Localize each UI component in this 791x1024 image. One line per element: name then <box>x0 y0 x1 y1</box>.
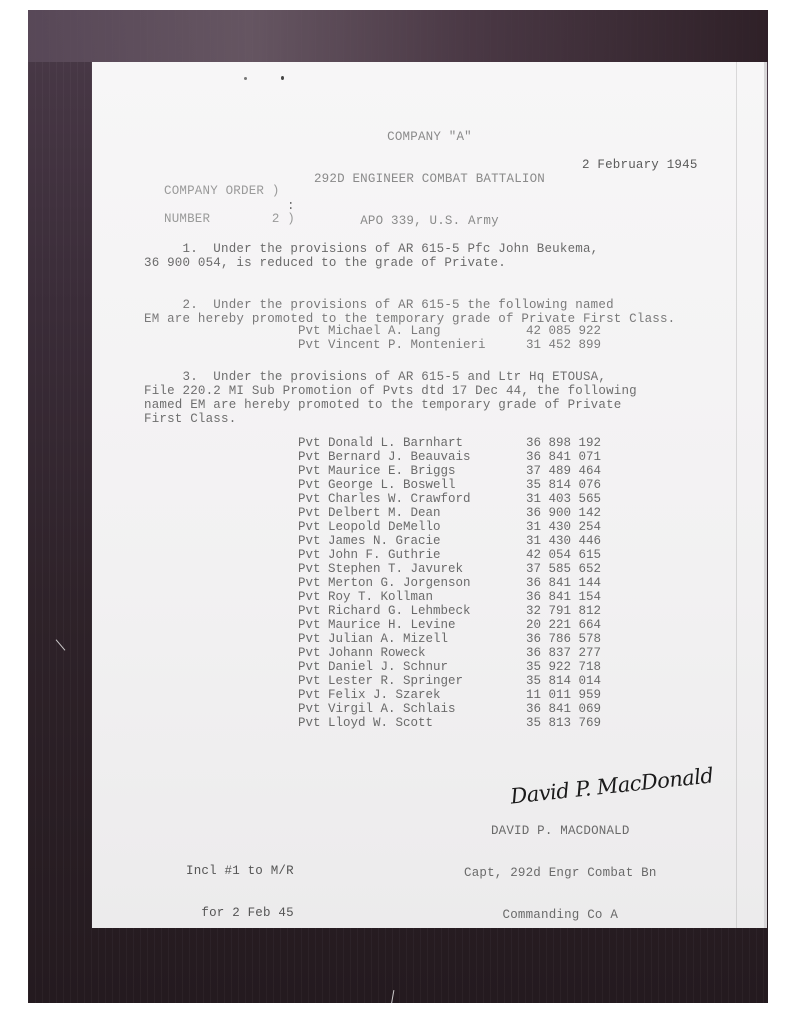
soldier-name: Pvt Michael A. Lang <box>298 324 526 338</box>
serial-number: 31 430 254 <box>526 520 646 534</box>
inclosure-line: Incl #1 to M/R <box>186 864 294 878</box>
soldier-name: Pvt Maurice E. Briggs <box>298 464 526 478</box>
serial-number: 32 791 812 <box>526 604 646 618</box>
roster-row: Pvt Lloyd W. Scott35 813 769 <box>298 716 646 730</box>
company-order-label: COMPANY ORDER ) <box>164 184 280 198</box>
roster-row: Pvt Maurice H. Levine20 221 664 <box>298 618 646 632</box>
soldier-name: Pvt Lloyd W. Scott <box>298 716 526 730</box>
paragraph-3-line: First Class. <box>144 412 764 426</box>
roster-row: Pvt Felix J. Szarek11 011 959 <box>298 688 646 702</box>
speck-mark <box>281 76 284 80</box>
serial-number: 36 841 069 <box>526 702 646 716</box>
paragraph-3: 3. Under the provisions of AR 615-5 and … <box>144 370 764 426</box>
serial-number: 35 922 718 <box>526 660 646 674</box>
serial-number: 36 841 154 <box>526 590 646 604</box>
roster-row: Pvt Bernard J. Beauvais36 841 071 <box>298 450 646 464</box>
roster-row: Pvt George L. Boswell35 814 076 <box>298 478 646 492</box>
soldier-name: Pvt Stephen T. Javurek <box>298 562 526 576</box>
paragraph-3-line: named EM are hereby promoted to the temp… <box>144 398 764 412</box>
serial-number: 35 814 076 <box>526 478 646 492</box>
roster-row: Pvt Donald L. Barnhart36 898 192 <box>298 436 646 450</box>
serial-number: 11 011 959 <box>526 688 646 702</box>
serial-number: 20 221 664 <box>526 618 646 632</box>
header-company: COMPANY "A" <box>92 130 767 144</box>
soldier-name: Pvt Virgil A. Schlais <box>298 702 526 716</box>
soldier-name: Pvt Maurice H. Levine <box>298 618 526 632</box>
serial-number: 31 452 899 <box>526 338 646 352</box>
serial-number: 42 054 615 <box>526 548 646 562</box>
soldier-name: Pvt Donald L. Barnhart <box>298 436 526 450</box>
signer-role: Commanding Co A <box>464 908 657 922</box>
scan-scratch-mark <box>56 639 66 650</box>
roster-row: Pvt James N. Gracie31 430 446 <box>298 534 646 548</box>
document-page: COMPANY "A" 292D ENGINEER COMBAT BATTALI… <box>92 62 767 928</box>
serial-number: 31 403 565 <box>526 492 646 506</box>
paragraph-3-line: 3. Under the provisions of AR 615-5 and … <box>144 370 764 384</box>
roster-row: Pvt Johann Roweck36 837 277 <box>298 646 646 660</box>
paragraph-1-line: 1. Under the provisions of AR 615-5 Pfc … <box>144 242 764 256</box>
serial-number: 36 841 144 <box>526 576 646 590</box>
promotion-roster-paragraph-3: Pvt Donald L. Barnhart36 898 192Pvt Bern… <box>298 436 646 730</box>
paragraph-1: 1. Under the provisions of AR 615-5 Pfc … <box>144 242 764 270</box>
soldier-name: Pvt Delbert M. Dean <box>298 506 526 520</box>
scan-scratch-mark <box>391 990 395 1006</box>
soldier-name: Pvt Charles W. Crawford <box>298 492 526 506</box>
signature-block: DAVID P. MACDONALD Capt, 292d Engr Comba… <box>464 796 657 950</box>
serial-number: 35 814 014 <box>526 674 646 688</box>
soldier-name: Pvt Felix J. Szarek <box>298 688 526 702</box>
roster-row: Pvt Richard G. Lehmbeck32 791 812 <box>298 604 646 618</box>
roster-row: Pvt Merton G. Jorgenson36 841 144 <box>298 576 646 590</box>
serial-number: 35 813 769 <box>526 716 646 730</box>
soldier-name: Pvt James N. Gracie <box>298 534 526 548</box>
serial-number: 36 837 277 <box>526 646 646 660</box>
roster-row: Pvt Leopold DeMello31 430 254 <box>298 520 646 534</box>
roster-row: Pvt Vincent P. Montenieri31 452 899 <box>298 338 646 352</box>
soldier-name: Pvt Vincent P. Montenieri <box>298 338 526 352</box>
serial-number: 42 085 922 <box>526 324 646 338</box>
company-order-number: NUMBER 2 ) <box>164 212 295 226</box>
soldier-name: Pvt Daniel J. Schnur <box>298 660 526 674</box>
document-header: COMPANY "A" 292D ENGINEER COMBAT BATTALI… <box>92 102 767 256</box>
paragraph-1-line: 36 900 054, is reduced to the grade of P… <box>144 256 764 270</box>
soldier-name: Pvt Bernard J. Beauvais <box>298 450 526 464</box>
roster-row: Pvt Daniel J. Schnur35 922 718 <box>298 660 646 674</box>
roster-row: Pvt John F. Guthrie42 054 615 <box>298 548 646 562</box>
inclosure-note: Incl #1 to M/R for 2 Feb 45 <box>186 836 294 948</box>
serial-number: 36 898 192 <box>526 436 646 450</box>
soldier-name: Pvt Leopold DeMello <box>298 520 526 534</box>
serial-number: 36 900 142 <box>526 506 646 520</box>
soldier-name: Pvt Merton G. Jorgenson <box>298 576 526 590</box>
serial-number: 37 489 464 <box>526 464 646 478</box>
soldier-name: Pvt John F. Guthrie <box>298 548 526 562</box>
soldier-name: Pvt Richard G. Lehmbeck <box>298 604 526 618</box>
paragraph-2: 2. Under the provisions of AR 615-5 the … <box>144 298 764 326</box>
roster-row: Pvt Charles W. Crawford31 403 565 <box>298 492 646 506</box>
roster-row: Pvt Julian A. Mizell36 786 578 <box>298 632 646 646</box>
paragraph-2-line: 2. Under the provisions of AR 615-5 the … <box>144 298 764 312</box>
soldier-name: Pvt Lester R. Springer <box>298 674 526 688</box>
soldier-name: Pvt Julian A. Mizell <box>298 632 526 646</box>
document-date: 2 February 1945 <box>582 158 698 172</box>
roster-row: Pvt Stephen T. Javurek37 585 652 <box>298 562 646 576</box>
serial-number: 36 841 071 <box>526 450 646 464</box>
company-order-colon: : <box>287 199 295 213</box>
speck-mark <box>244 77 247 80</box>
roster-row: Pvt Delbert M. Dean36 900 142 <box>298 506 646 520</box>
soldier-name: Pvt Roy T. Kollman <box>298 590 526 604</box>
signer-name: DAVID P. MACDONALD <box>464 824 657 838</box>
serial-number: 37 585 652 <box>526 562 646 576</box>
roster-row: Pvt Michael A. Lang42 085 922 <box>298 324 646 338</box>
serial-number: 31 430 446 <box>526 534 646 548</box>
serial-number: 36 786 578 <box>526 632 646 646</box>
soldier-name: Pvt George L. Boswell <box>298 478 526 492</box>
soldier-name: Pvt Johann Roweck <box>298 646 526 660</box>
signer-title: Capt, 292d Engr Combat Bn <box>464 866 657 880</box>
paragraph-3-line: File 220.2 MI Sub Promotion of Pvts dtd … <box>144 384 764 398</box>
roster-row: Pvt Maurice E. Briggs37 489 464 <box>298 464 646 478</box>
roster-row: Pvt Roy T. Kollman36 841 154 <box>298 590 646 604</box>
promotion-roster-paragraph-2: Pvt Michael A. Lang42 085 922Pvt Vincent… <box>298 324 646 352</box>
inclosure-line: for 2 Feb 45 <box>186 906 294 920</box>
roster-row: Pvt Lester R. Springer35 814 014 <box>298 674 646 688</box>
roster-row: Pvt Virgil A. Schlais36 841 069 <box>298 702 646 716</box>
